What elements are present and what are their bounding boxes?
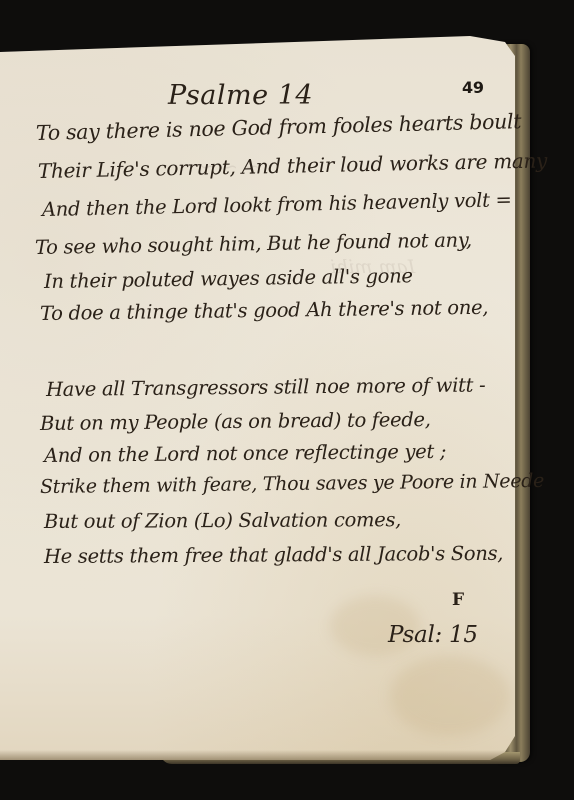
verse-line: He setts them free that gladd's all Jaco… <box>44 542 503 568</box>
stain <box>390 656 510 736</box>
verse-line: But out of Zion (Lo) Salvation comes, <box>44 508 401 533</box>
psalm-title: Psalme 14 <box>168 80 313 111</box>
page-number: 49 <box>462 78 484 97</box>
verse-line: Have all Transgressors still noe more of… <box>46 373 486 401</box>
catchword: Psal: 15 <box>388 622 478 648</box>
verse-line: And on the Lord not once reflectinge yet… <box>44 440 446 467</box>
manuscript-photo: Iam mihi ~ ~ ~ Psalme 14 49 To say there… <box>0 0 574 800</box>
verse-line: But on my People (as on bread) to feede, <box>40 408 431 435</box>
signature-mark: F <box>452 590 464 610</box>
